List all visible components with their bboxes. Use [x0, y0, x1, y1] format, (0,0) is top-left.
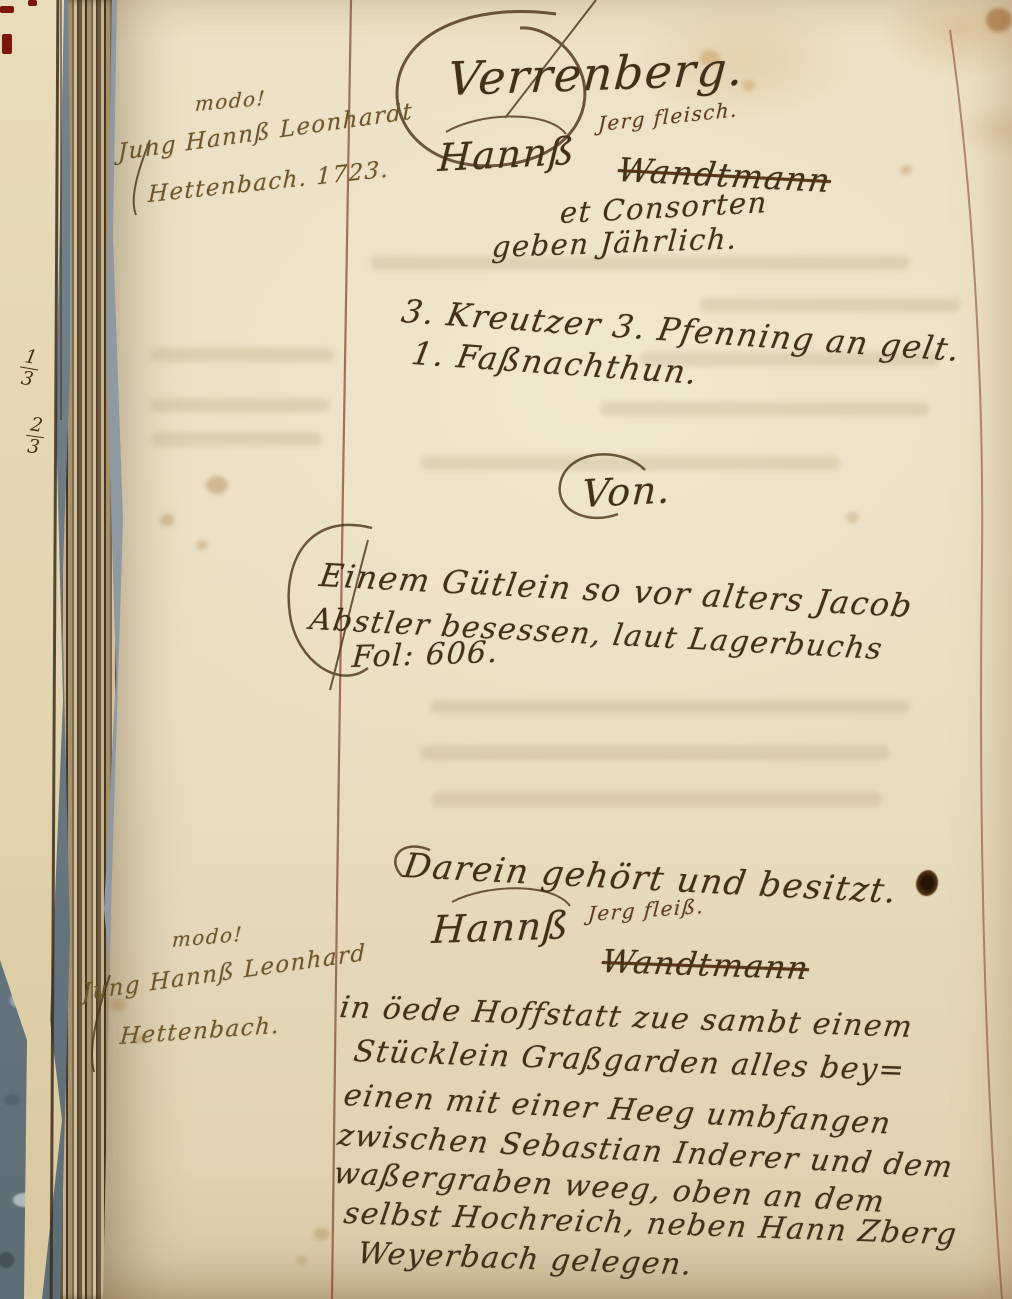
holder-first-name: Hannß — [430, 903, 571, 952]
fraction-denominator: 3 — [23, 436, 44, 458]
property-folio-ref: Fol: 606. — [351, 635, 500, 675]
section-von: Von. — [581, 467, 673, 516]
struck-surname: Wandtmann — [599, 942, 811, 987]
right-margin-rule-line — [950, 30, 1002, 1299]
fraction-denominator: 3 — [17, 367, 38, 390]
holder-first-name: Hannß — [437, 129, 577, 180]
manuscript-scan: 1 3 2 3 Verrenberg. Jerg fleisch. Hannß … — [0, 0, 1012, 1299]
heading-place-name: Verrenberg. — [446, 42, 746, 107]
